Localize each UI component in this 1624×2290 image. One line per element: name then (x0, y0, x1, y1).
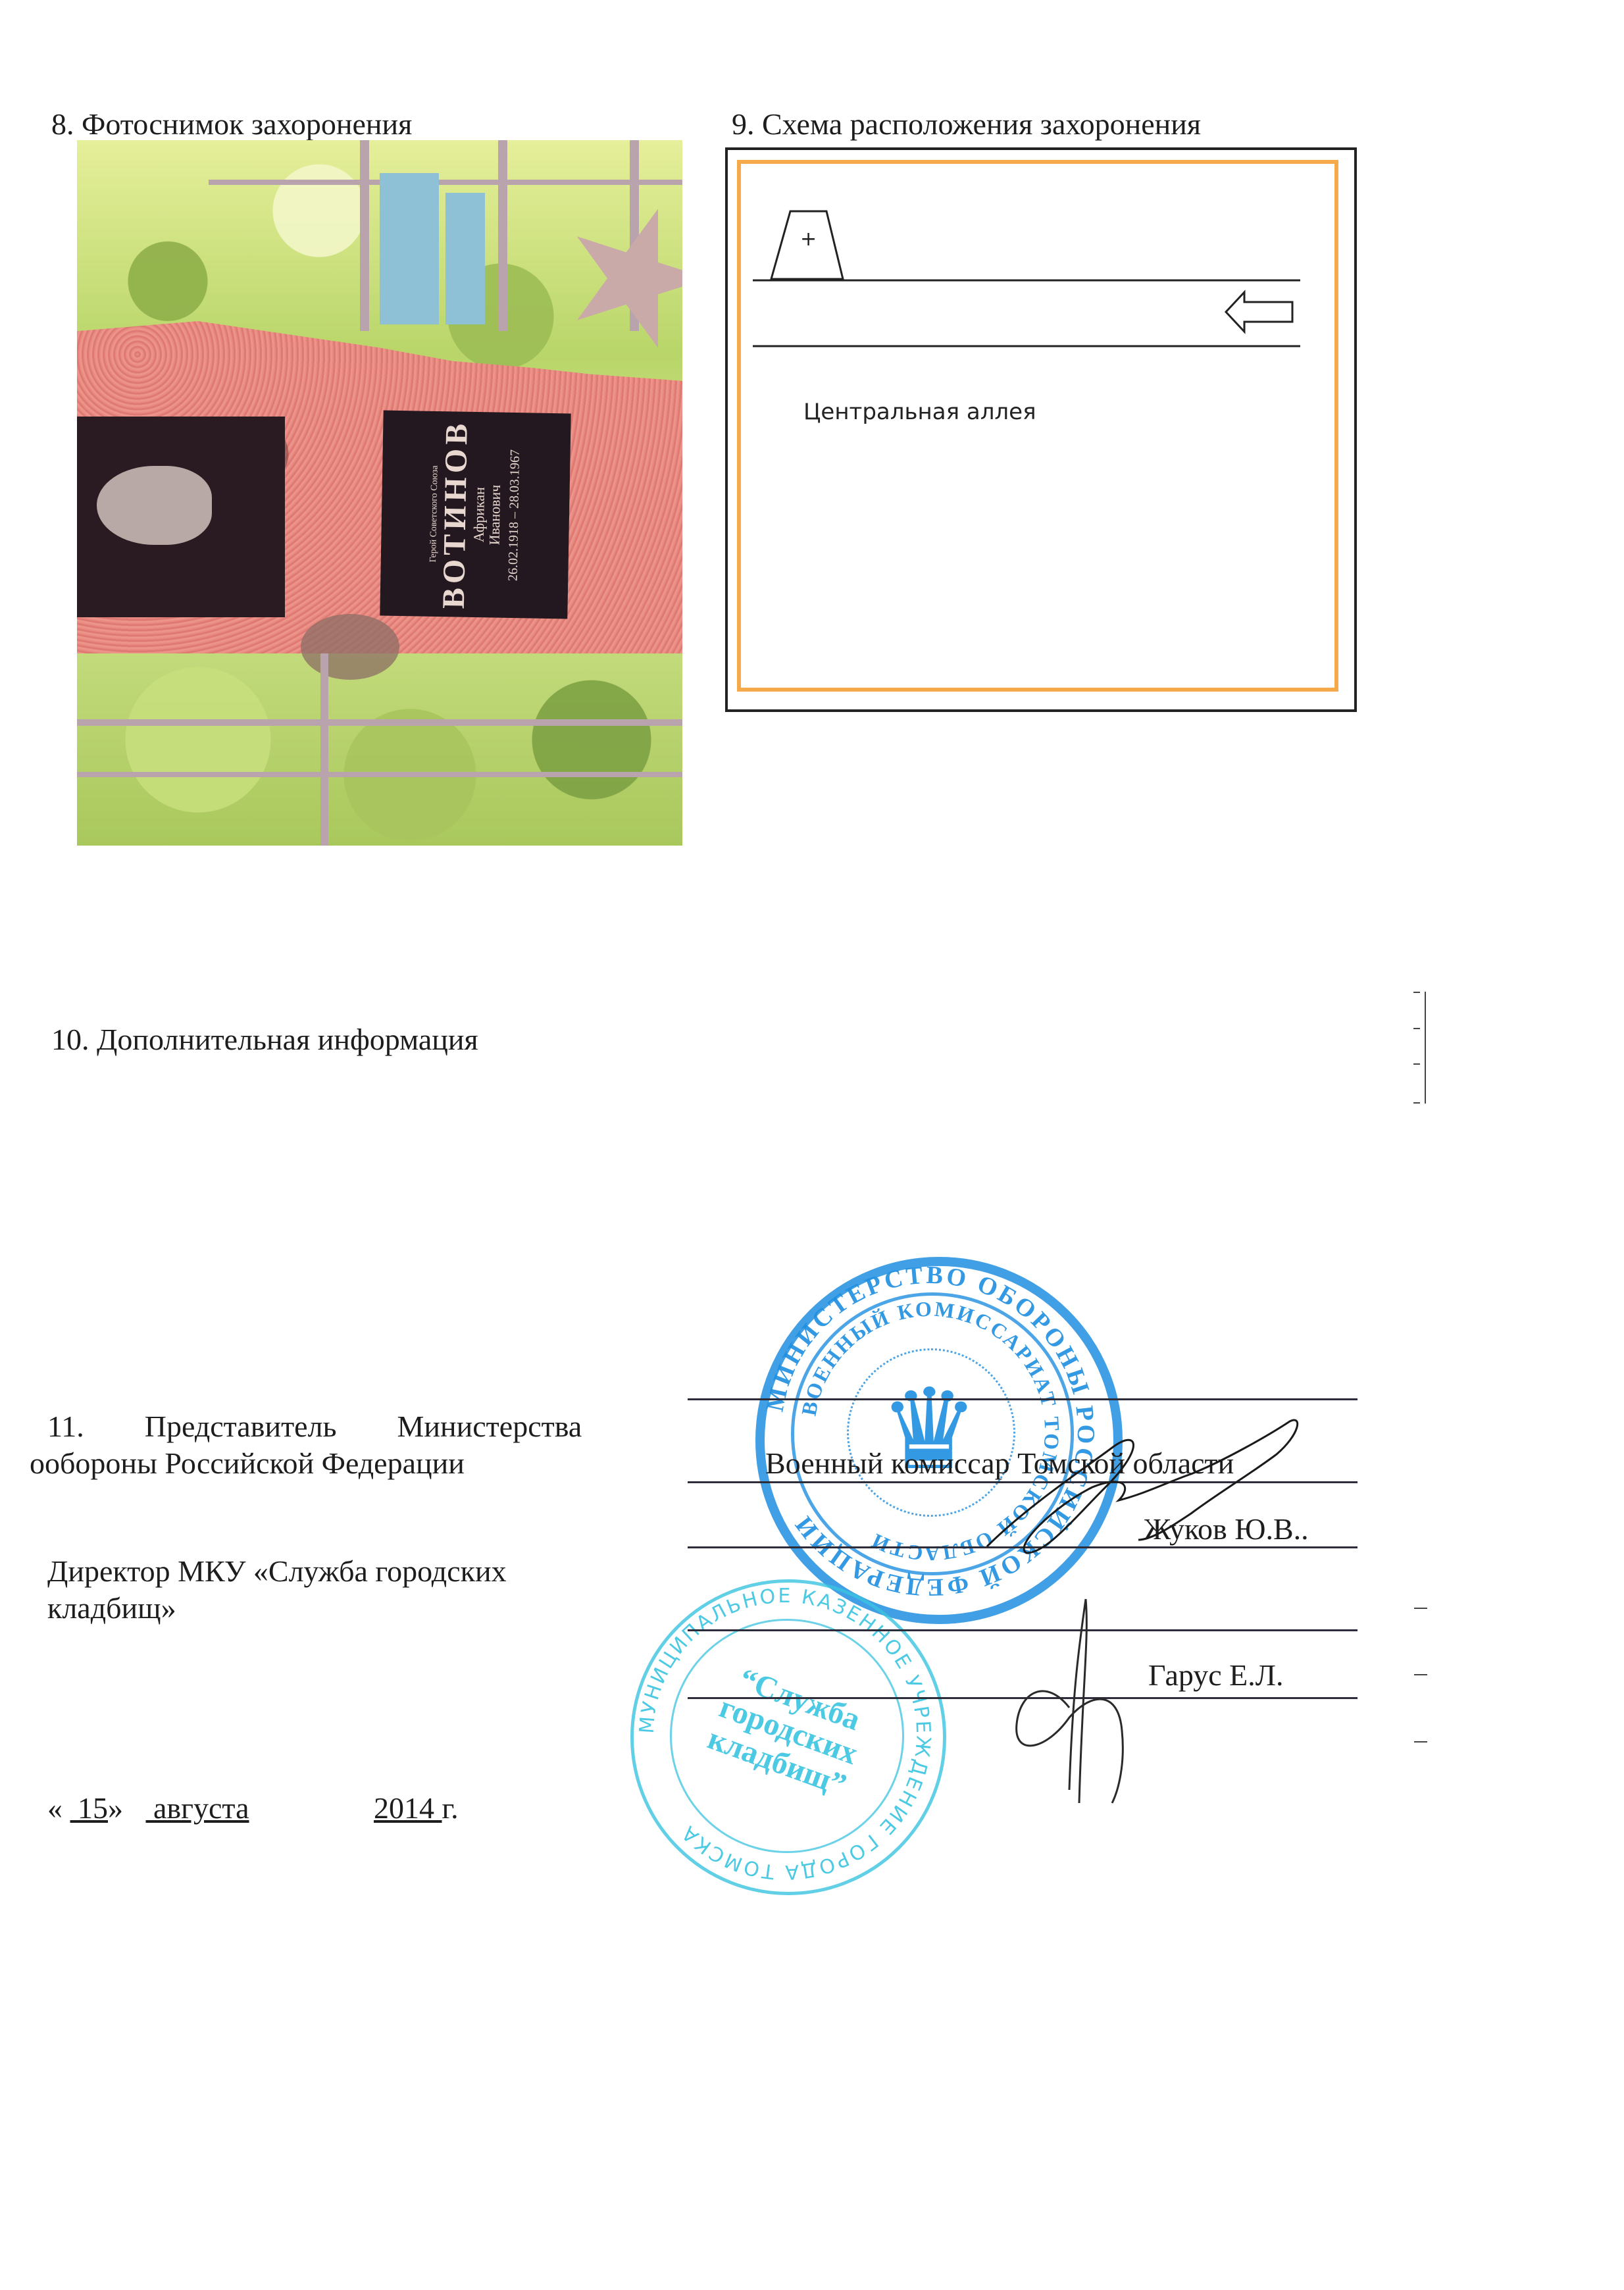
fence-rail (209, 180, 682, 185)
stone-shadow (301, 614, 399, 680)
cemetery-service-stamp: “Служба городских кладбищ” МУНИЦИПАЛЬНОЕ… (630, 1579, 946, 1895)
name-plaque: Герой Советского Союза ВОТИНОВ Африкан И… (380, 411, 571, 619)
portrait-face (97, 466, 212, 545)
document-date: « 15» августа 2014 г. (47, 1791, 459, 1826)
margin-tick (1413, 1028, 1420, 1029)
burial-photo: Герой Советского Союза ВОТИНОВ Африкан И… (77, 140, 682, 846)
fence-rail (77, 772, 682, 777)
plaque-patronymic: Иванович (485, 420, 504, 610)
grave-marker: + (800, 228, 817, 251)
plaque-dates: 26.02.1918 – 28.03.1967 (505, 420, 524, 610)
section-10-title: 10. Дополнительная информация (51, 1025, 478, 1055)
margin-bracket (1418, 992, 1426, 1104)
date-close-quote: » (108, 1791, 123, 1825)
margin-dash (1414, 1608, 1427, 1609)
stamp-ring-text: МУНИЦИПАЛЬНОЕ КАЗЕННОЕ УЧРЕЖДЕНИЕ ГОРОДА… (630, 1579, 940, 1889)
director-label-line1: Директор МКУ «Служба городских (47, 1554, 507, 1589)
commissar-signature (974, 1408, 1316, 1579)
director-signature (1007, 1592, 1152, 1810)
director-label-line2: кладбищ» (47, 1591, 176, 1626)
margin-dash (1414, 1674, 1427, 1675)
section-9-title: 9. Схема расположения захоронения (732, 109, 1201, 140)
margin-dash (1414, 1741, 1427, 1743)
fence-post (498, 140, 507, 331)
margin-tick (1413, 1063, 1420, 1065)
location-scheme: + Центральная аллея (725, 147, 1357, 712)
margin-tick (1413, 1102, 1420, 1104)
alley-label: Центральная аллея (803, 399, 1036, 425)
date-month: августа (146, 1791, 367, 1826)
fence-post (320, 653, 328, 846)
section-11-label-line1: 11. Представитель Министерства (47, 1410, 643, 1444)
date-day: 15 (70, 1791, 109, 1825)
portrait-plate (77, 417, 285, 617)
plaque-engraving: Герой Советского Союза ВОТИНОВ Африкан И… (427, 419, 523, 610)
director-name: Гарус Е.Л. (1148, 1658, 1283, 1693)
fence-post (360, 140, 369, 331)
blue-fence (445, 193, 485, 324)
date-year: 2014 (374, 1791, 442, 1825)
scheme-drawing (728, 150, 1354, 709)
additional-info-value (526, 1025, 1349, 1057)
direction-arrow-icon (1226, 292, 1292, 332)
margin-tick (1413, 992, 1420, 993)
date-suffix: г. (442, 1791, 459, 1825)
fence-rail (77, 719, 682, 726)
section-11-label-line2: ообороны Российской Федерации (30, 1446, 465, 1481)
section-8-title: 8. Фотоснимок захоронения (51, 109, 412, 140)
blue-fence (380, 173, 439, 324)
plaque-surname: ВОТИНОВ (438, 419, 472, 609)
date-open-quote: « (47, 1791, 63, 1825)
signature-line (688, 1398, 1358, 1400)
